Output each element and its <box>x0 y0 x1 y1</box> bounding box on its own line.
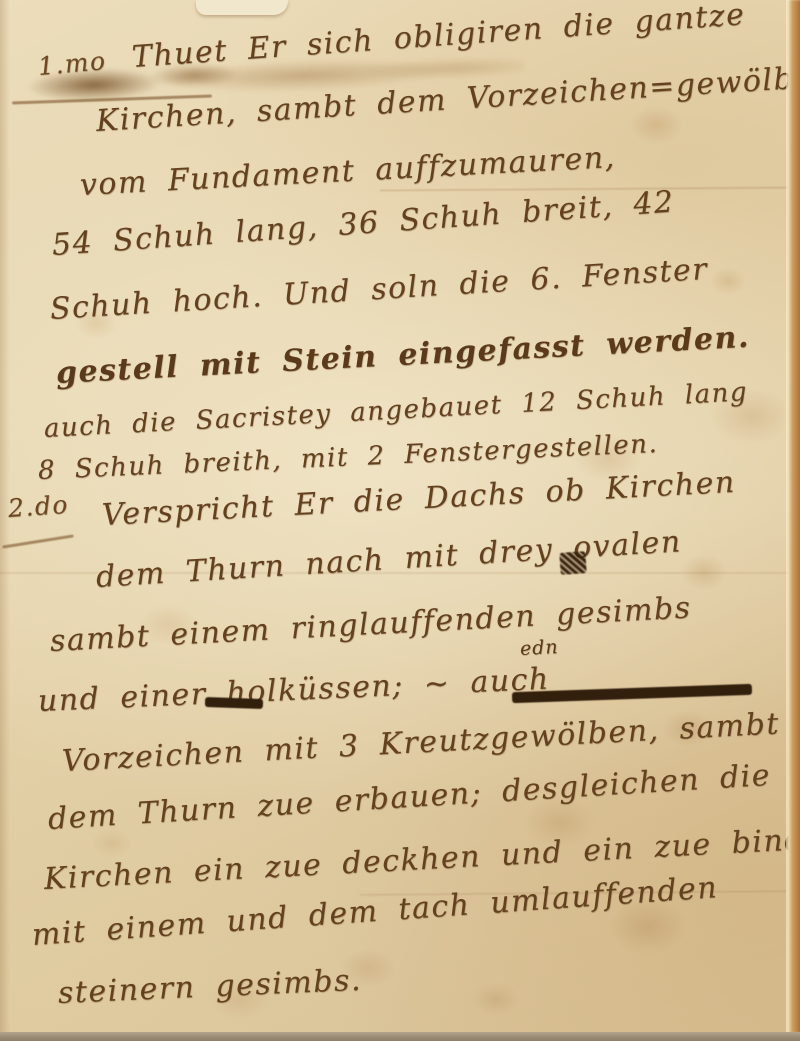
page-edge-bottom-shadow <box>0 1032 800 1041</box>
clause-marker-secundo: 2.do <box>7 490 70 523</box>
manuscript-photo: 1.mo Thuet Er sich obligiren die gantze … <box>0 0 800 1041</box>
marker-underline <box>2 534 74 548</box>
manuscript-line: gestell mit Stein eingefasst werden. <box>55 320 751 391</box>
manuscript-line: sambt einem ringlauffenden gesimbs <box>49 590 692 659</box>
interline-insertion: edn <box>519 636 559 660</box>
clause-marker-primo: 1.mo <box>37 46 108 81</box>
manuscript-line: Schuh hoch. Und soln die 6. Fenster <box>49 252 709 327</box>
manuscript-line: Thuet Er sich obligiren die gantze <box>131 0 747 75</box>
manuscript-line-with-corrections: und einer holküssen; ~ auch <box>37 662 550 719</box>
page-edge-right <box>786 0 800 1033</box>
manuscript-line: steinern gesimbs. <box>57 963 362 1011</box>
paper-tear-notch <box>196 0 288 15</box>
manuscript-line: dem Thurn nach mit drey ovalen <box>95 524 683 595</box>
